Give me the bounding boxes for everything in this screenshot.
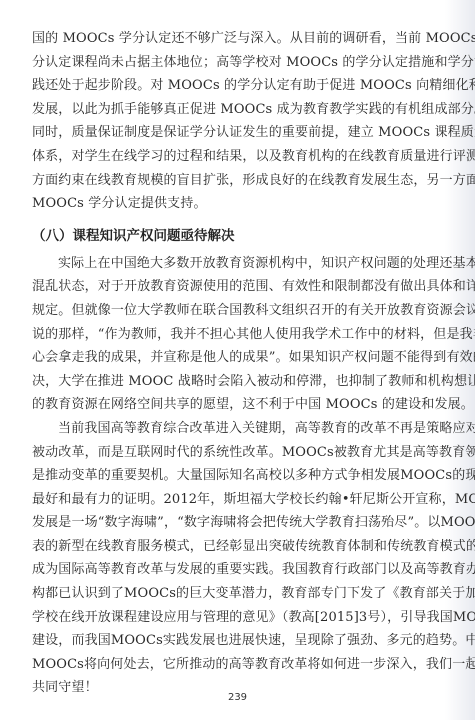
text-line: 践还处于起步阶段。对 MOOCs 的学分认定有助于促进 MOOCs 向精细化和优… bbox=[32, 74, 437, 98]
text-line: 当前我国高等教育综合改革进入关键期，高等教育的改革不再是策略应对式的 bbox=[32, 417, 437, 441]
text-line: 方面约束在线教育规模的盲目扩张，形成良好的在线教育发展生态，另一方面也为 bbox=[32, 169, 437, 193]
paragraph-reform-outlook: 当前我国高等教育综合改革进入关键期，高等教育的改革不再是策略应对式的 被动改革，… bbox=[32, 417, 437, 700]
text-line: 说的那样，“作为教师，我并不担心其他人使用我学术工作中的材料，但是我非常担 bbox=[32, 323, 437, 347]
text-line: MOOCs 学分认定提供支持。 bbox=[32, 192, 437, 216]
text-line: 最好和最有力的证明。2012年，斯坦福大学校长约翰•轩尼斯公开宣称，MOOCs的 bbox=[32, 488, 437, 512]
section-heading: （八）课程知识产权问题亟待解决 bbox=[32, 222, 437, 250]
text-line: 建设，而我国MOOCs实践发展也进展快速，呈现除了强劲、多元的趋势。中国 bbox=[32, 629, 437, 653]
text-line: 决，大学在推进 MOOC 战略时会陷入被动和停滞，也抑制了教师和机构想让更多 bbox=[32, 370, 437, 394]
text-line: 成为国际高等教育改革与发展的重要实践。我国教育行政部门以及高等教育办学机 bbox=[32, 558, 437, 582]
text-line: 实际上在中国绝大多数开放教育资源机构中，知识产权问题的处理还基本处于 bbox=[32, 252, 437, 276]
page-number: 239 bbox=[0, 692, 475, 703]
text-line: 发展，以此为抓手能够真正促进 MOOCs 成为教育教学实践的有机组成部分。与此 bbox=[32, 98, 437, 122]
paragraph-intellectual-property: 实际上在中国绝大多数开放教育资源机构中，知识产权问题的处理还基本处于 混乱状态，… bbox=[32, 252, 437, 417]
text-line: 发展是一场“数字海啸”，“数字海啸将会把传统大学教育扫荡殆尽”。以MOOCs为代 bbox=[32, 511, 437, 535]
text-line: 规定。但就像一位大学教师在联合国教科文组织召开的有关开放教育资源会议上所 bbox=[32, 299, 437, 323]
text-line: 构都已认识到了MOOCs的巨大变革潜力，教育部专门下发了《教育部关于加强高等 bbox=[32, 582, 437, 606]
text-line: 是推动变革的重要契机。大量国际知名高校以多种方式争相发展MOOCs的现实是 bbox=[32, 464, 437, 488]
text-line: 国的 MOOCs 学分认定还不够广泛与深入。从目前的调研看，当前 MOOCs 中… bbox=[32, 27, 437, 51]
text-line: 同时，质量保证制度是保证学分认证发生的重要前提，建立 MOOCs 课程质量评价 bbox=[32, 121, 437, 145]
text-line: 学校在线开放课程建设应用与管理的意见》（教高[2015]3号），引导我国MOOC… bbox=[32, 606, 437, 630]
text-line: 表的新型在线教育服务模式，已经彰显出突破传统教育体制和传统教育模式的力量， bbox=[32, 535, 437, 559]
text-line: 体系，对学生在线学习的过程和结果，以及教育机构的在线教育质量进行评测，一 bbox=[32, 145, 437, 169]
text-line: MOOCs将向何处去，它所推动的高等教育改革将如何进一步深入，我们一起努力， bbox=[32, 653, 437, 677]
text-line: 混乱状态，对于开放教育资源使用的范围、有效性和限制都没有做出具体和详细的 bbox=[32, 275, 437, 299]
book-page: 国的 MOOCs 学分认定还不够广泛与深入。从目前的调研看，当前 MOOCs 中… bbox=[32, 27, 437, 700]
text-line: 分认定课程尚未占据主体地位；高等学校对 MOOCs 的学分认定措施和学分认定实 bbox=[32, 51, 437, 75]
paragraph-quality-assurance: 国的 MOOCs 学分认定还不够广泛与深入。从目前的调研看，当前 MOOCs 中… bbox=[32, 27, 437, 216]
text-line: 被动改革，而是互联网时代的系统性改革。MOOCs被教育尤其是高等教育领域看作 bbox=[32, 441, 437, 465]
text-line: 心会拿走我的成果，并宣称是他人的成果”。如果知识产权问题不能得到有效的解 bbox=[32, 346, 437, 370]
text-line: 的教育资源在网络空间共享的愿望，这不利于中国 MOOCs 的建设和发展。 bbox=[32, 393, 437, 417]
